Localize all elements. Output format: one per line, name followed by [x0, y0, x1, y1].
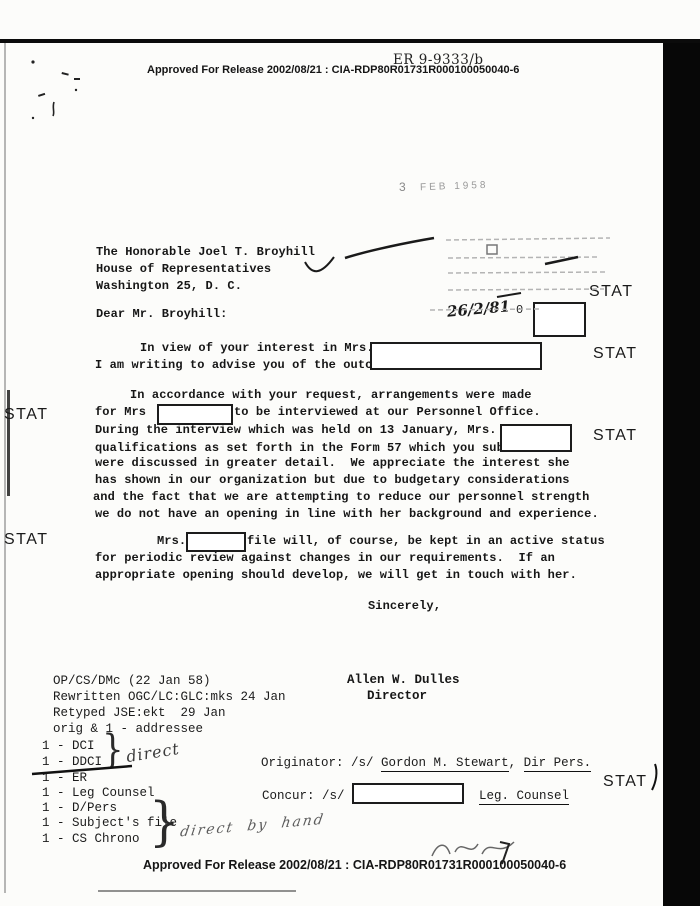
- received-stamp-date: FEB 1958: [420, 180, 489, 193]
- distribution-item-d-pers: 1 - D/Pers: [42, 801, 117, 815]
- redaction-box-para1: [370, 342, 542, 370]
- para2-line5: were discussed in greater detail. We app…: [95, 456, 570, 470]
- recipient-line-2: House of Representatives: [96, 262, 271, 276]
- drafting-line-4: orig & 1 - addressee: [53, 722, 203, 736]
- handwritten-brace-direct: }: [102, 730, 124, 769]
- scan-left-edge: [4, 43, 6, 893]
- para2-line3: During the interview which was held on 1…: [95, 423, 497, 437]
- para2-line1: In accordance with your request, arrange…: [130, 388, 532, 402]
- scan-bottom-left-line: [98, 890, 296, 892]
- stat-marker-1: STAT: [589, 283, 634, 301]
- closing: Sincerely,: [368, 599, 441, 613]
- para2-line2b: to be interviewed at our Personnel Offic…: [234, 405, 541, 419]
- distribution-item-er: 1 - ER: [42, 771, 87, 785]
- drafting-line-1: OP/CS/DMc (22 Jan 58): [53, 674, 211, 688]
- stat-marker-3: STAT: [4, 406, 49, 424]
- faint-stamp-lines: [430, 238, 610, 310]
- para1-line1: In view of your interest in Mrs.: [140, 341, 374, 355]
- stamp-checkbox: [487, 245, 497, 254]
- scan-top-rule: [0, 39, 700, 43]
- redaction-box-stamp-date: [533, 302, 586, 337]
- salutation: Dear Mr. Broyhill:: [96, 307, 227, 321]
- para3-line3: appropriate opening should develop, we w…: [95, 568, 577, 582]
- para2-line2a: for Mrs: [95, 405, 146, 419]
- distribution-item-ddci: 1 - DDCI: [42, 755, 102, 769]
- stamp-zero-mark: 0: [516, 303, 523, 317]
- recipient-line-3: Washington 25, D. C.: [96, 279, 242, 293]
- concur-spacer: [464, 789, 479, 803]
- stat-marker-2: STAT: [593, 345, 638, 363]
- para2-line8: we do not have an opening in line with h…: [95, 507, 599, 521]
- scanned-letter-page: { "doc": { "approved_line": "Approved Fo…: [0, 0, 700, 906]
- pen-dash-1: [545, 257, 578, 264]
- recipient-line-1: The Honorable Joel T. Broyhill: [96, 245, 315, 259]
- signer-name: Allen W. Dulles: [347, 673, 460, 687]
- para2-line4: qualifications as set forth in the Form …: [95, 441, 548, 455]
- er-number: ER 9-9333/b: [393, 52, 484, 68]
- signer-title: Director: [367, 689, 427, 703]
- concur-label: Concur: /s/: [262, 789, 352, 803]
- scan-right-black-bar: [663, 43, 700, 906]
- originator-label: Originator: /s/: [261, 756, 381, 770]
- originator-line: Originator: /s/ Gordon M. Stewart, Dir P…: [246, 742, 591, 770]
- concur-title: Leg. Counsel: [479, 789, 569, 805]
- redaction-box-concur-signature: [352, 783, 464, 804]
- pen-check-mark: [305, 257, 334, 271]
- concur-line: Concur: /s/ Leg. Counsel: [247, 769, 569, 804]
- redaction-box-para3-name: [186, 532, 246, 552]
- distribution-item-leg-counsel: 1 - Leg Counsel: [42, 786, 155, 800]
- stat-marker-5: STAT: [4, 531, 49, 549]
- approved-release-footer: Approved For Release 2002/08/21 : CIA-RD…: [143, 858, 566, 872]
- handwritten-date: 26/2/81: [446, 297, 510, 320]
- stat-marker-4: STAT: [593, 427, 638, 445]
- drafting-line-3: Retyped JSE:ekt 29 Jan: [53, 706, 226, 720]
- distribution-item-cs-chrono: 1 - CS Chrono: [42, 832, 140, 846]
- para3-line1b: file will, of course, be kept in an acti…: [247, 534, 605, 548]
- handwritten-brace-direct-by-hand: }: [149, 796, 180, 849]
- handwritten-direct-by-hand: direct by hand: [179, 812, 326, 841]
- pen-stroke-diagonal: [345, 238, 434, 258]
- stat-marker-6: STAT: [603, 773, 648, 791]
- bottom-scribble: [432, 842, 514, 856]
- para3-line2: for periodic review against changes in o…: [95, 551, 555, 565]
- redaction-box-para2-name2: [500, 424, 572, 452]
- handwritten-direct: direct: [125, 739, 181, 766]
- distribution-item-dci: 1 - DCI: [42, 739, 95, 753]
- para3-line1a: Mrs.: [157, 534, 186, 548]
- redaction-box-para2-name1: [157, 404, 233, 425]
- para2-line6: has shown in our organization but due to…: [95, 473, 570, 487]
- para2-line7: and the fact that we are attempting to r…: [93, 490, 589, 504]
- drafting-line-2: Rewritten OGC/LC:GLC:mks 24 Jan: [53, 690, 286, 704]
- originator-separator: ,: [509, 756, 524, 770]
- received-stamp-prefix: 3: [399, 180, 406, 194]
- scan-specks: [31, 60, 80, 119]
- edge-tick-mark: [652, 764, 656, 790]
